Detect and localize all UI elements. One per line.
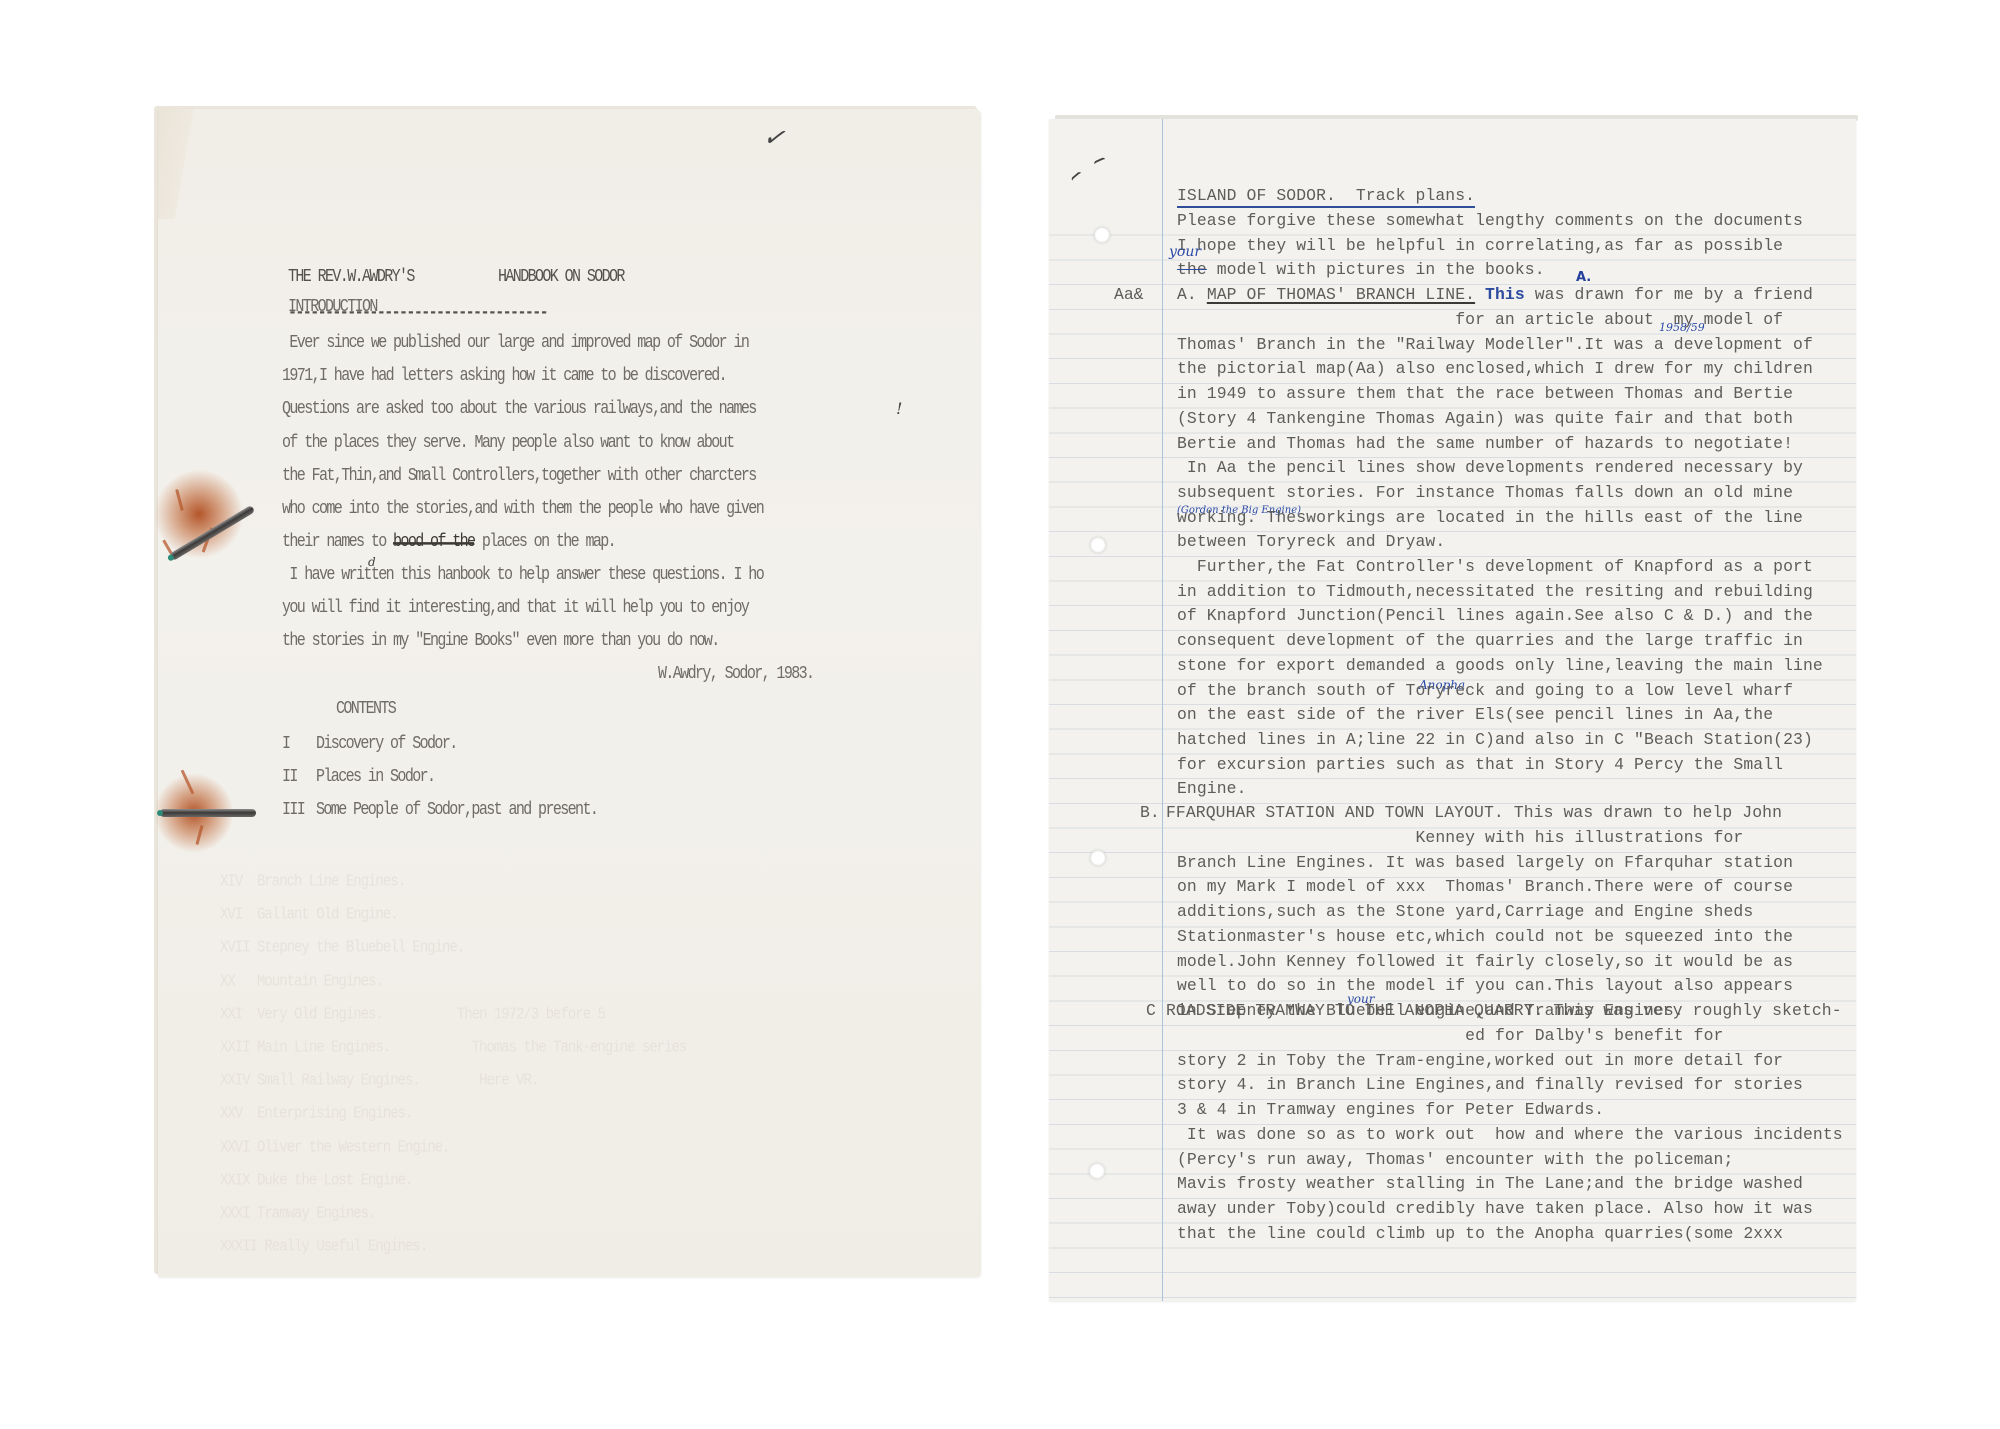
section-a-line: of Knapford Junction(Pencil lines again.… <box>1177 608 1813 624</box>
margin-rule <box>1162 119 1163 1301</box>
section-c-line: 3 & 4 in Tramway engines for Peter Edwar… <box>1177 1102 1604 1118</box>
intro-line: I hope they will be helpful in correlati… <box>1177 238 1783 254</box>
pen-insert-a: A. <box>1576 271 1591 284</box>
title-handbook: HANDBOOK ON SODOR <box>498 267 624 286</box>
section-b-marker: B. <box>1140 805 1160 821</box>
section-a-line: subsequent stories. For instance Thomas … <box>1177 485 1793 501</box>
section-c-first-line: ROADSIDE TRAMWAY TO THE ANOPHA QUARRY. T… <box>1166 1003 1842 1019</box>
handwritten-insert-d: d <box>368 555 376 569</box>
section-a-line: Thomas' Branch in the "Railway Modeller"… <box>1177 337 1813 353</box>
struck-word: This <box>1485 287 1525 303</box>
intro-line-7: their names to bood of the places on the… <box>282 532 615 551</box>
contents-item-title: Some People of Sodor,past and present. <box>316 801 597 820</box>
handbook-page: XIV Branch Line Engines.XVI Gallant Old … <box>158 109 981 1277</box>
contents-item-number: III <box>282 801 304 820</box>
intro-line-8: I have written this hanbook to help answ… <box>282 565 763 584</box>
section-c-line: (Percy's run away, Thomas' encounter wit… <box>1177 1152 1733 1168</box>
section-c-line: Mavis frosty weather stalling in The Lan… <box>1177 1176 1803 1192</box>
margin-exclamation: ! <box>896 399 902 418</box>
section-a-line: on the east side of the river Els(see pe… <box>1177 707 1773 723</box>
show-through-line: XVI Gallant Old Engine. <box>220 906 398 925</box>
section-a-line: of the branch south of Toryreck and goin… <box>1177 683 1793 699</box>
section-a-line: in 1949 to assure them that the race bet… <box>1177 386 1793 402</box>
intro-line: Please forgive these somewhat lengthy co… <box>1177 213 1803 229</box>
intro-line: Ever since we published our large and im… <box>282 333 748 352</box>
intro-line: the Fat,Thin,and Small Controllers,toget… <box>282 466 756 485</box>
checkmark: ✓ <box>761 122 787 155</box>
section-a-line: working. Thesworkings are located in the… <box>1177 510 1803 526</box>
section-a-line: Bertie and Thomas had the same number of… <box>1177 436 1793 452</box>
section-a-line: consequent development of the quarries a… <box>1177 633 1803 649</box>
show-through-line: XXXII Really Useful Engines. <box>220 1238 427 1257</box>
show-through-line: XXI Very Old Engines. Then 1972/3 before… <box>220 1005 605 1024</box>
section-a-line: between Toryreck and Dryaw. <box>1177 534 1445 550</box>
section-c-line: that the line could climb up to the Anop… <box>1177 1226 1783 1242</box>
section-c-line: It was done so as to work out how and wh… <box>1177 1127 1843 1143</box>
section-b-line: model.John Kenney followed it fairly clo… <box>1177 954 1793 970</box>
section-a-line: Engine. <box>1177 781 1247 797</box>
section-a-line: (Story 4 Tankengine Thomas Again) was qu… <box>1177 411 1793 427</box>
section-a-line: hatched lines in A;line 22 in C)and also… <box>1177 732 1813 748</box>
show-through-line: XX Mountain Engines. <box>220 972 383 991</box>
document-heading: ISLAND OF SODOR. Track plans. <box>1177 188 1475 204</box>
section-a-line: the pictorial map(Aa) also enclosed,whic… <box>1177 361 1813 377</box>
section-a-line: in addition to Tidmouth,necessitated the… <box>1177 584 1813 600</box>
track-plans-page: ISLAND OF SODOR. Track plans. Please for… <box>1049 119 1856 1301</box>
punch-hole <box>1094 227 1110 243</box>
section-b-title: FFARQUHAR STATION AND TOWN LAYOUT. <box>1166 803 1504 822</box>
intro-line: who come into the stories,and with them … <box>282 499 763 518</box>
section-c-line: story 4. in Branch Line Engines,and fina… <box>1177 1077 1803 1093</box>
show-through-line: XXVI Oliver the Western Engine. <box>220 1138 449 1157</box>
intro-line: Questions are asked too about the variou… <box>282 400 756 419</box>
intro-line-3: the model with pictures in the books. <box>1177 262 1545 278</box>
intro-line-9: you will find it interesting,and that it… <box>282 598 748 617</box>
section-c-line: away under Toby)could credibly have take… <box>1177 1201 1813 1217</box>
staple-bottom <box>160 809 256 817</box>
section-b-line: Branch Line Engines. It was based largel… <box>1177 855 1793 871</box>
section-c-line: story 2 in Toby the Tram-engine,worked o… <box>1177 1053 1783 1069</box>
section-b-line: well to do so in the model if you can.Th… <box>1177 978 1793 994</box>
section-c-title: ROADSIDE TRAMWAY TO THE ANOPHA QUARRY. <box>1166 1001 1544 1020</box>
section-b-line: on my Mark I model of xxx Thomas' Branch… <box>1177 879 1793 895</box>
section-a-title: MAP OF THOMAS' BRANCH LINE. <box>1207 285 1475 304</box>
section-a-line: for an article about my model of <box>1177 312 1783 328</box>
section-b-line: Stationmaster's house etc,which could no… <box>1177 929 1793 945</box>
show-through-line: XXIV Small Railway Engines. Here VR. <box>220 1072 538 1091</box>
section-b-line: additions,such as the Stone yard,Carriag… <box>1177 904 1753 920</box>
contents-item-number: I <box>282 734 289 753</box>
show-through-line: XXV Enterprising Engines. <box>220 1105 412 1124</box>
section-b-first-line: FFARQUHAR STATION AND TOWN LAYOUT. This … <box>1166 805 1782 821</box>
show-through-line: XVII Stepney the Bluebell Engine. <box>220 939 464 958</box>
struck-text: bood of the <box>393 531 474 552</box>
punch-hole <box>1090 537 1106 553</box>
folded-corner <box>158 109 198 219</box>
section-b-line: Kenney with his illustrations for <box>1177 830 1743 846</box>
section-a-line: stone for export demanded a goods only l… <box>1177 658 1823 674</box>
section-a-margin-label: Aa& <box>1114 287 1144 303</box>
punch-hole <box>1090 850 1106 866</box>
show-through-line: XIV Branch Line Engines. <box>220 872 405 891</box>
intro-line-10: the stories in my "Engine Books" even mo… <box>282 631 719 650</box>
intro-line: of the places they serve. Many people al… <box>282 433 734 452</box>
contents-item-title: Places in Sodor. <box>316 767 434 786</box>
section-a-first-line: A. MAP OF THOMAS' BRANCH LINE. This was … <box>1177 287 1813 303</box>
contents-item-title: Discovery of Sodor. <box>316 734 457 753</box>
section-c-line: ed for Dalby's benefit for <box>1177 1028 1723 1044</box>
title-author: THE REV.W.AWDRY'S <box>288 267 414 286</box>
show-through-line: XXXI Tramway Engines. <box>220 1204 375 1223</box>
section-a-line: Further,the Fat Controller's development… <box>1177 559 1813 575</box>
signature: W.Awdry, Sodor, 1983. <box>658 664 813 683</box>
intro-line: 1971,I have had letters asking how it ca… <box>282 366 726 385</box>
contents-item-number: II <box>282 767 297 786</box>
section-c-marker: C <box>1146 1003 1156 1019</box>
contents-heading: CONTENTS <box>336 699 395 718</box>
punch-hole <box>1089 1163 1105 1179</box>
section-a-line: for excursion parties such as that in St… <box>1177 757 1783 773</box>
show-through-line: XXIX Duke the Lost Engine. <box>220 1171 412 1190</box>
pen-insert-your: your <box>1169 245 1201 259</box>
intro-heading: INTRODUCTION <box>288 297 377 316</box>
section-a-line: In Aa the pencil lines show developments… <box>1177 460 1803 476</box>
show-through-line: XXII Main Line Engines. Thomas the Tank-… <box>220 1038 686 1057</box>
